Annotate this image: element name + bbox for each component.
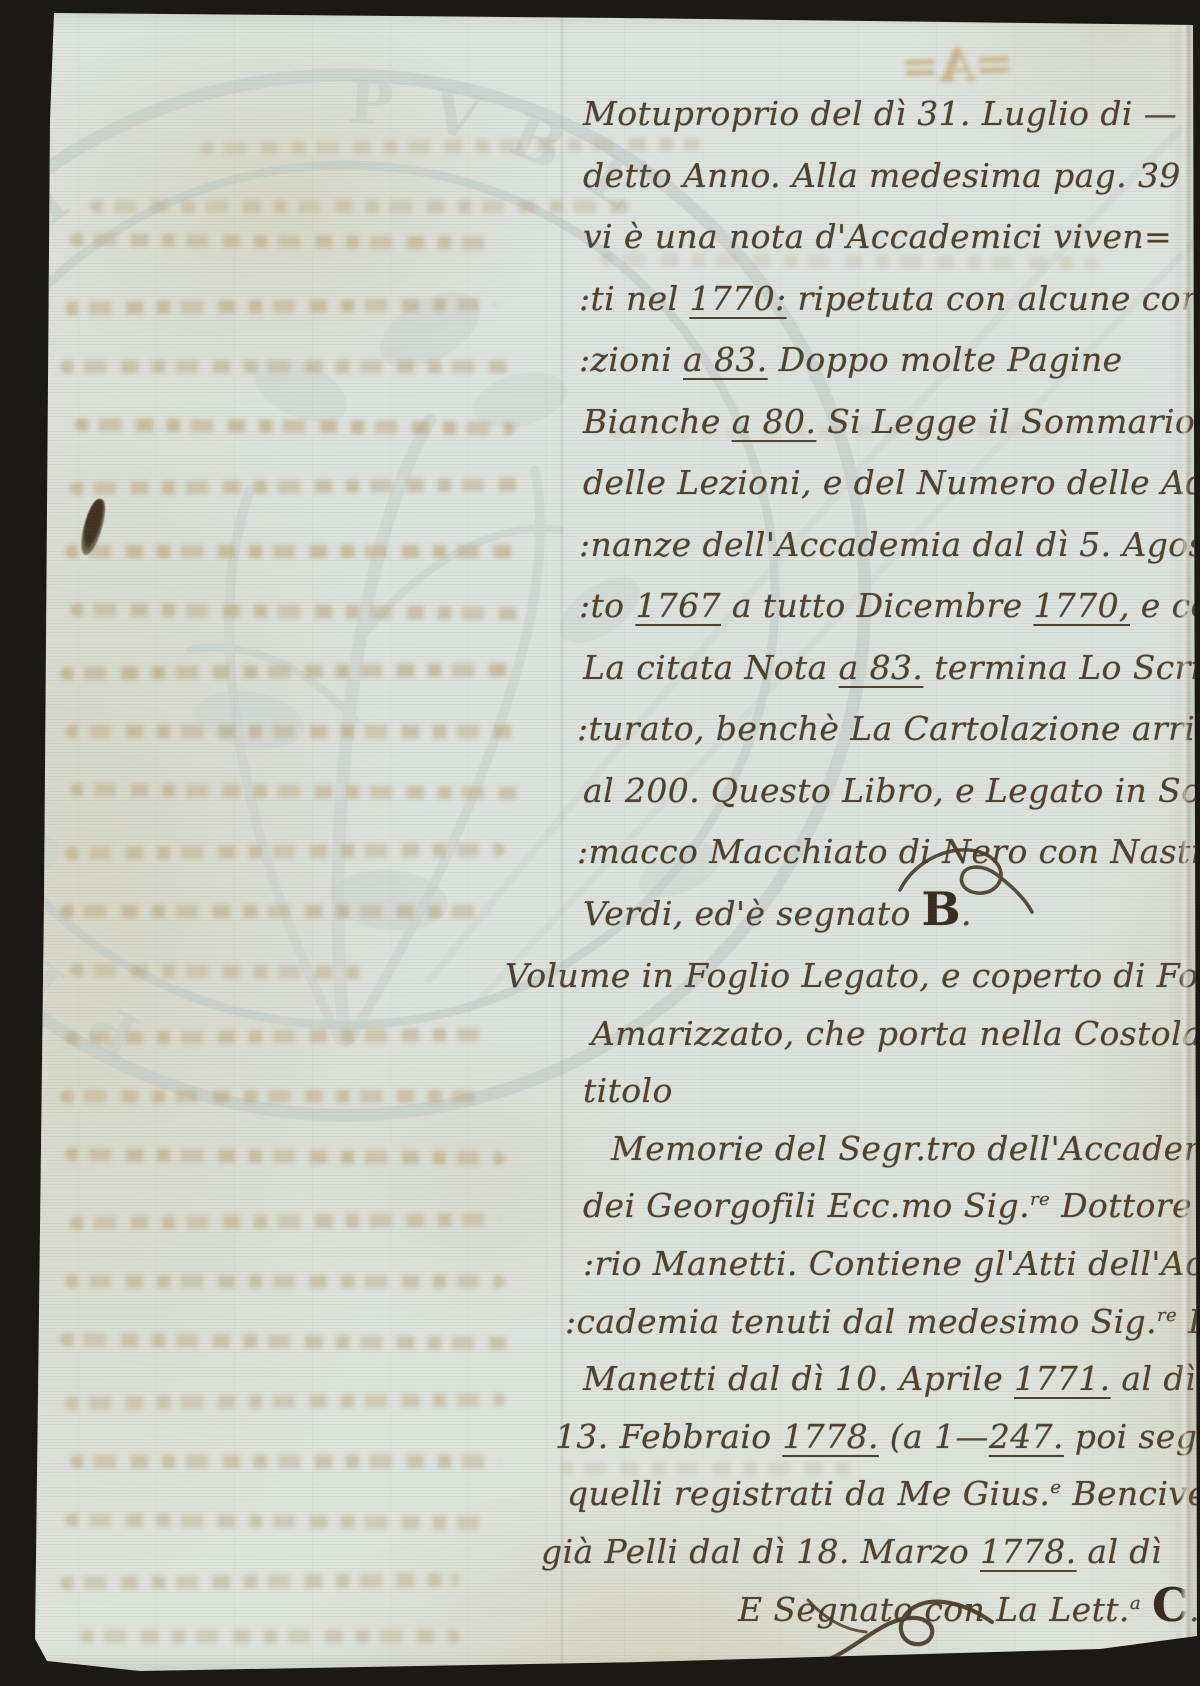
handwritten-text: e con xyxy=(1130,586,1200,625)
manuscript-line: vi è una nota d'Accademici viven= xyxy=(583,217,1143,279)
svg-text:R: R xyxy=(0,934,77,1020)
handwritten-text: poi seguono xyxy=(1064,1417,1200,1456)
handwritten-text: Dott. xyxy=(1177,1302,1200,1341)
bleedthrough-row xyxy=(60,1333,510,1350)
handwritten-text: :rio Manetti. Contiene gl'Atti dell'Ac= xyxy=(583,1244,1200,1283)
handwritten-text: a tutto Dicembre xyxy=(721,586,1033,625)
underlined-text: 1778. xyxy=(980,1532,1076,1571)
manuscript-line: 13. Febbraio 1778. (a 1—247. poi seguono xyxy=(555,1417,1143,1475)
underlined-text: a 83. xyxy=(683,340,768,379)
manuscript-line: al 200. Questo Libro, e Legato in Som= xyxy=(583,771,1143,833)
paragraph-entry-volume-C: Volume in Foglio Legato, e coperto di Fo… xyxy=(583,956,1143,1647)
bleedthrough-row xyxy=(65,1275,505,1288)
bleedthrough-row xyxy=(70,1455,500,1468)
handwritten-text: 13. Febbraio xyxy=(555,1417,782,1456)
underlined-text: a 80. xyxy=(732,402,817,441)
handwritten-text: La citata Nota xyxy=(583,648,839,687)
bleedthrough-row xyxy=(75,418,515,435)
handwritten-text: Amarizzato, che porta nella Costola il xyxy=(591,1014,1200,1053)
bleedthrough-row xyxy=(65,1148,505,1165)
bleedthrough-row xyxy=(60,1090,490,1103)
bleedthrough-row xyxy=(70,1213,500,1230)
handwritten-text: al dì xyxy=(1077,1532,1162,1571)
manuscript-text: Motuproprio del dì 31. Luglio di —detto … xyxy=(583,94,1143,1647)
bleedthrough-row xyxy=(65,725,520,738)
bleedthrough-row xyxy=(70,783,520,800)
bleedthrough-row xyxy=(65,843,505,860)
bleedthrough-row xyxy=(70,233,490,250)
manuscript-line: :to 1767 a tutto Dicembre 1770, e con xyxy=(579,586,1143,648)
underlined-text: 247. xyxy=(989,1417,1064,1456)
handwritten-text: Manetti dal dì 10. Aprile xyxy=(583,1359,1014,1398)
handwritten-text: detto Anno. Alla medesima pag. 39 xyxy=(583,156,1181,195)
shelf-mark-letter: B xyxy=(922,882,961,936)
handwritten-text: titolo xyxy=(583,1071,673,1110)
paragraph-entry-volume-B: Motuproprio del dì 31. Luglio di —detto … xyxy=(583,94,1143,955)
handwritten-text: quelli registrati da Me Gius. xyxy=(567,1474,1050,1513)
underlined-text: 1767 xyxy=(635,586,721,625)
bleedthrough-row xyxy=(80,1630,460,1643)
bleedthrough-row xyxy=(70,478,520,495)
ink-blot xyxy=(77,497,108,558)
handwritten-text: . xyxy=(961,894,972,933)
manuscript-line: Volume in Foglio Legato, e coperto di Fo… xyxy=(505,956,1143,1014)
handwritten-text: Verdi, ed'è segnato xyxy=(583,894,922,933)
svg-text:P: P xyxy=(346,67,395,139)
bleedthrough-row xyxy=(60,1573,460,1589)
handwritten-text: (a 1— xyxy=(879,1417,989,1456)
handwritten-text: Doppo molte Pagine xyxy=(768,340,1123,379)
manuscript-line: :zioni a 83. Doppo molte Pagine xyxy=(579,340,1143,402)
superscript-abbreviation: a xyxy=(1130,1593,1141,1614)
svg-text:B: B xyxy=(500,100,574,184)
handwritten-text: delle Lezioni, e del Numero delle Adu= xyxy=(583,463,1200,502)
handwritten-text: Bencivenni xyxy=(1061,1474,1200,1513)
bleedthrough-row xyxy=(65,1513,485,1530)
superscript-abbreviation: re xyxy=(1030,1189,1050,1210)
manuscript-line: già Pelli dal dì 18. Marzo 1778. al dì xyxy=(541,1532,1143,1590)
manuscript-line: Manetti dal dì 10. Aprile 1771. al dì xyxy=(583,1359,1143,1417)
handwritten-text: Volume in Foglio Legato, e coperto di Fo… xyxy=(505,956,1200,995)
manuscript-line: :rio Manetti. Contiene gl'Atti dell'Ac= xyxy=(583,1244,1143,1302)
manuscript-line: Bianche a 80. Si Legge il Sommario xyxy=(583,402,1143,464)
handwritten-text xyxy=(1141,1590,1152,1629)
superscript-abbreviation: re xyxy=(1157,1305,1177,1326)
handwritten-text: E Segnato con La Lett. xyxy=(738,1590,1130,1629)
handwritten-text: Bianche xyxy=(583,402,732,441)
handwritten-text: :cademia tenuti dal medesimo Sig. xyxy=(565,1302,1157,1341)
handwritten-text: Dottore Save= xyxy=(1050,1186,1200,1225)
watermark-arc-letters: PROSPERITATIPVBL xyxy=(0,67,650,1070)
manuscript-line: Motuproprio del dì 31. Luglio di — xyxy=(583,94,1143,156)
manuscript-photo: { "page": { "description": "Photograph o… xyxy=(0,0,1200,1686)
handwritten-text: . xyxy=(1189,1590,1200,1629)
manuscript-line: detto Anno. Alla medesima pag. 39 xyxy=(583,156,1143,218)
bleedthrough-row xyxy=(65,545,520,558)
bleedthrough-row xyxy=(65,1393,505,1410)
handwritten-text: termina Lo Scrit= xyxy=(923,648,1200,687)
manuscript-line: titolo xyxy=(583,1071,1143,1129)
underlined-text: 1778. xyxy=(782,1417,878,1456)
superscript-abbreviation: e xyxy=(1050,1477,1061,1498)
manuscript-line: :ti nel 1770: ripetuta con alcune correz… xyxy=(579,279,1143,341)
underlined-text: a 83. xyxy=(839,648,924,687)
handwritten-text: :turato, benchè La Cartolazione arrivi xyxy=(577,709,1200,748)
handwritten-text: già Pelli dal dì 18. Marzo xyxy=(541,1532,980,1571)
handwritten-text: :macco Macchiato di Nero con Nastri xyxy=(577,832,1200,871)
svg-text:V: V xyxy=(424,76,487,155)
handwritten-text: Si Legge il Sommario xyxy=(816,402,1195,441)
bleedthrough-row xyxy=(60,663,520,680)
svg-text:T: T xyxy=(0,213,32,294)
manuscript-line: :turato, benchè La Cartolazione arrivi xyxy=(577,709,1143,771)
manuscript-line: :cademia tenuti dal medesimo Sig.re Dott… xyxy=(565,1302,1143,1360)
manuscript-line: :macco Macchiato di Nero con Nastri xyxy=(577,832,1143,894)
handwritten-text: ripetuta con alcune correz= xyxy=(787,279,1200,318)
svg-text:O: O xyxy=(0,869,12,954)
bleedthrough-row xyxy=(65,298,495,315)
bleedthrough-row xyxy=(65,1028,485,1045)
handwritten-text: :ti nel xyxy=(579,279,689,318)
handwritten-text: dei Georgofili Ecc.mo Sig. xyxy=(583,1186,1030,1225)
handwritten-text: Motuproprio del dì 31. Luglio di — xyxy=(583,94,1177,133)
handwritten-text: al 200. Questo Libro, e Legato in Som= xyxy=(583,771,1200,810)
paper-sheet: PROSPERITATIPVBL =A= Motuproprio del dì … xyxy=(0,0,1200,1686)
underlined-text: 1770, xyxy=(1033,586,1129,625)
bleedthrough-mark: =A= xyxy=(861,35,1053,96)
manuscript-line: :nanze dell'Accademia dal dì 5. Agos= xyxy=(579,525,1143,587)
handwritten-text: :zioni xyxy=(579,340,683,379)
handwritten-text: :to xyxy=(579,586,635,625)
manuscript-line: Memorie del Segr.tro dell'Accademia xyxy=(611,1129,1143,1187)
handwritten-text: :nanze dell'Accademia dal dì 5. Agos= xyxy=(579,525,1200,564)
handwritten-text: Memorie del Segr.tro dell'Accademia xyxy=(611,1129,1200,1168)
underlined-text: 1771. xyxy=(1014,1359,1110,1398)
manuscript-line: E Segnato con La Lett.a C. xyxy=(738,1590,1143,1648)
manuscript-line: dei Georgofili Ecc.mo Sig.re Dottore Sav… xyxy=(583,1186,1143,1244)
svg-text:P: P xyxy=(78,988,151,1071)
manuscript-line: La citata Nota a 83. termina Lo Scrit= xyxy=(583,648,1143,710)
bleedthrough-row xyxy=(60,905,490,918)
handwritten-text: al dì xyxy=(1111,1359,1196,1398)
shelf-mark-letter: C xyxy=(1152,1578,1189,1632)
manuscript-line: Verdi, ed'è segnato B. xyxy=(583,894,1143,956)
manuscript-line: quelli registrati da Me Gius.e Bencivenn… xyxy=(567,1474,1143,1532)
bleedthrough-row xyxy=(90,200,630,213)
bleedthrough-row xyxy=(70,964,370,980)
bleedthrough-row xyxy=(70,603,520,620)
svg-text:I: I xyxy=(17,166,82,239)
manuscript-line: Amarizzato, che porta nella Costola il xyxy=(591,1014,1143,1072)
bleedthrough-row xyxy=(60,360,520,373)
handwritten-text: vi è una nota d'Accademici viven= xyxy=(583,217,1172,256)
manuscript-line: delle Lezioni, e del Numero delle Adu= xyxy=(583,463,1143,525)
underlined-text: 1770: xyxy=(689,279,786,318)
